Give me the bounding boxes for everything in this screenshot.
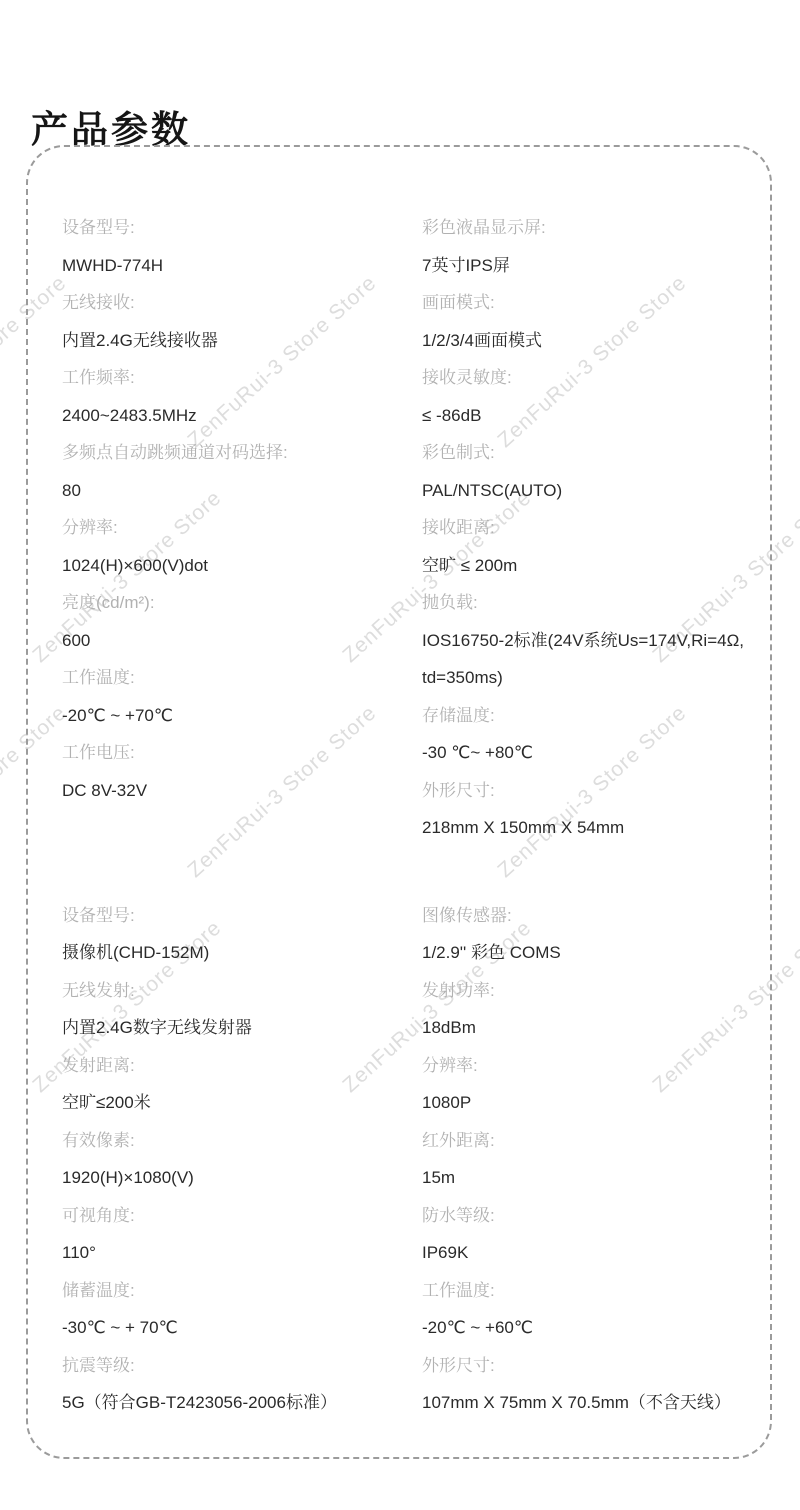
spec-value: 218mm X 150mm X 54mm <box>422 809 752 847</box>
spec-value: 1920(H)×1080(V) <box>62 1159 422 1197</box>
spec-value: td=350ms) <box>422 659 752 697</box>
spec-label: 发射距离: <box>62 1047 422 1085</box>
spec-label: 红外距离: <box>422 1122 752 1160</box>
spec-label: 无线接收: <box>62 284 422 322</box>
spec-label: 画面模式: <box>422 284 752 322</box>
spec-label: 有效像素: <box>62 1122 422 1160</box>
spec-section-monitor: 设备型号:MWHD-774H无线接收:内置2.4G无线接收器工作频率:2400~… <box>62 209 752 847</box>
spec-value: 110° <box>62 1234 422 1272</box>
spec-label: 工作频率: <box>62 359 422 397</box>
spec-value: IP69K <box>422 1234 752 1272</box>
spec-label: 外形尺寸: <box>422 1347 752 1385</box>
spec-label: 设备型号: <box>62 897 422 935</box>
spec-label: 无线发射: <box>62 972 422 1010</box>
spec-value: 内置2.4G数字无线发射器 <box>62 1009 422 1047</box>
spec-label: 分辨率: <box>62 509 422 547</box>
spec-value: 1/2/3/4画面模式 <box>422 322 752 360</box>
spec-value: 内置2.4G无线接收器 <box>62 322 422 360</box>
spec-value: -20℃ ~ +60℃ <box>422 1309 752 1347</box>
spec-value: 15m <box>422 1159 752 1197</box>
spec-label: 防水等级: <box>422 1197 752 1235</box>
spec-section-camera: 设备型号:摄像机(CHD-152M)无线发射:内置2.4G数字无线发射器发射距离… <box>62 897 752 1422</box>
spec-value: 摄像机(CHD-152M) <box>62 934 422 972</box>
spec-label: 发射功率: <box>422 972 752 1010</box>
spec-value: -20℃ ~ +70℃ <box>62 697 422 735</box>
spec-label: 亮度(cd/m²): <box>62 584 422 622</box>
spec-value: 空旷≤200米 <box>62 1084 422 1122</box>
spec-label: 存储温度: <box>422 697 752 735</box>
spec-value: 5G（符合GB-T2423056-2006标准） <box>62 1384 422 1422</box>
spec-label: 多频点自动跳频通道对码选择: <box>62 434 422 472</box>
spec-column-right: 图像传感器:1/2.9'' 彩色 COMS发射功率:18dBm分辨率:1080P… <box>422 897 752 1422</box>
spec-column-left: 设备型号:MWHD-774H无线接收:内置2.4G无线接收器工作频率:2400~… <box>62 209 422 847</box>
spec-label: 外形尺寸: <box>422 772 752 810</box>
spec-value: 107mm X 75mm X 70.5mm（不含天线） <box>422 1384 752 1422</box>
spec-value: DC 8V-32V <box>62 772 422 810</box>
spec-label: 彩色液晶显示屏: <box>422 209 752 247</box>
spec-column-left: 设备型号:摄像机(CHD-152M)无线发射:内置2.4G数字无线发射器发射距离… <box>62 897 422 1422</box>
spec-value: 80 <box>62 472 422 510</box>
spec-value: IOS16750-2标准(24V系统Us=174V,Ri=4Ω, <box>422 622 752 660</box>
spec-label: 抗震等级: <box>62 1347 422 1385</box>
spec-label: 分辨率: <box>422 1047 752 1085</box>
spec-value: 1080P <box>422 1084 752 1122</box>
spec-value: MWHD-774H <box>62 247 422 285</box>
spec-label: 彩色制式: <box>422 434 752 472</box>
spec-value: PAL/NTSC(AUTO) <box>422 472 752 510</box>
spec-label: 工作温度: <box>62 659 422 697</box>
spec-label: 储蓄温度: <box>62 1272 422 1310</box>
spec-label: 抛负载: <box>422 584 752 622</box>
spec-value: 18dBm <box>422 1009 752 1047</box>
spec-value: -30℃ ~ + 70℃ <box>62 1309 422 1347</box>
spec-value: 600 <box>62 622 422 660</box>
spec-value: 2400~2483.5MHz <box>62 397 422 435</box>
spec-panel: 设备型号:MWHD-774H无线接收:内置2.4G无线接收器工作频率:2400~… <box>26 145 772 1459</box>
spec-value: 7英寸IPS屏 <box>422 247 752 285</box>
spec-label: 接收距离: <box>422 509 752 547</box>
spec-label: 可视角度: <box>62 1197 422 1235</box>
spec-label: 图像传感器: <box>422 897 752 935</box>
spec-label: 工作温度: <box>422 1272 752 1310</box>
spec-label: 工作电压: <box>62 734 422 772</box>
spec-value: -30 ℃~ +80℃ <box>422 734 752 772</box>
spec-column-right: 彩色液晶显示屏:7英寸IPS屏画面模式:1/2/3/4画面模式接收灵敏度:≤ -… <box>422 209 752 847</box>
spec-value: 1024(H)×600(V)dot <box>62 547 422 585</box>
spec-value: 空旷 ≤ 200m <box>422 547 752 585</box>
spec-value: ≤ -86dB <box>422 397 752 435</box>
spec-label: 设备型号: <box>62 209 422 247</box>
spec-value: 1/2.9'' 彩色 COMS <box>422 934 752 972</box>
spec-label: 接收灵敏度: <box>422 359 752 397</box>
